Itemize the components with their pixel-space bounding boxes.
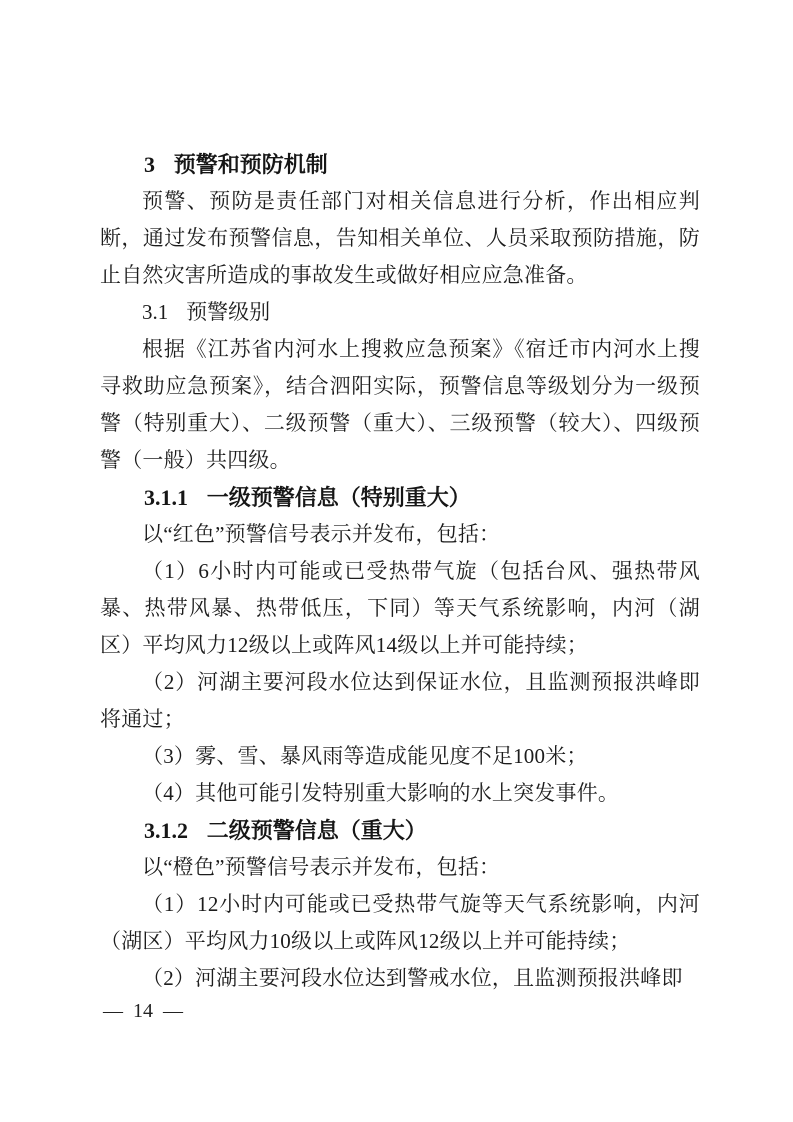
paragraph-level2-item1: （1）12小时内可能或已受热带气旋等天气系统影响，内河（湖区）平均风力10级以上… bbox=[100, 886, 700, 960]
chapter-heading-number: 3 bbox=[144, 152, 155, 177]
chapter-heading: 3预警和预防机制 bbox=[100, 146, 700, 183]
paragraph-orange-signal: 以“橙色”预警信号表示并发布，包括： bbox=[100, 849, 700, 886]
subsection-heading-level1: 3.1.1一级预警信息（特别重大） bbox=[100, 479, 700, 516]
paragraph-level2-item2: （2）河湖主要河段水位达到警戒水位，且监测预报洪峰即 bbox=[100, 960, 700, 997]
document-content: 3预警和预防机制 预警、预防是责任部门对相关信息进行分析，作出相应判断，通过发布… bbox=[100, 146, 700, 997]
section-heading-title: 预警级别 bbox=[186, 300, 270, 324]
section-heading: 3.1预警级别 bbox=[100, 294, 700, 331]
paragraph-level1-item4: （4）其他可能引发特别重大影响的水上突发事件。 bbox=[100, 775, 700, 812]
subsection-heading-level1-number: 3.1.1 bbox=[144, 485, 188, 510]
paragraph-level1-item2: （2）河湖主要河段水位达到保证水位，且监测预报洪峰即将通过； bbox=[100, 664, 700, 738]
subsection-heading-level2-title: 二级预警信息（重大） bbox=[207, 818, 427, 843]
subsection-heading-level2-number: 3.1.2 bbox=[144, 818, 188, 843]
document-page: 3预警和预防机制 预警、预防是责任部门对相关信息进行分析，作出相应判断，通过发布… bbox=[0, 0, 793, 1122]
section-heading-number: 3.1 bbox=[142, 300, 168, 324]
paragraph-level1-item3: （3）雾、雪、暴风雨等造成能见度不足100米； bbox=[100, 738, 700, 775]
paragraph-red-signal: 以“红色”预警信号表示并发布，包括： bbox=[100, 516, 700, 553]
paragraph-level1-item1: （1）6小时内可能或已受热带气旋（包括台风、强热带风暴、热带风暴、热带低压，下同… bbox=[100, 553, 700, 664]
subsection-heading-level2: 3.1.2二级预警信息（重大） bbox=[100, 812, 700, 849]
page-number: — 14 — bbox=[103, 999, 183, 1023]
chapter-heading-title: 预警和预防机制 bbox=[174, 152, 328, 177]
paragraph-warning-intro: 预警、预防是责任部门对相关信息进行分析，作出相应判断，通过发布预警信息，告知相关… bbox=[100, 183, 700, 294]
paragraph-warning-levels: 根据《江苏省内河水上搜救应急预案》《宿迁市内河水上搜寻救助应急预案》，结合泗阳实… bbox=[100, 331, 700, 479]
subsection-heading-level1-title: 一级预警信息（特别重大） bbox=[207, 485, 471, 510]
